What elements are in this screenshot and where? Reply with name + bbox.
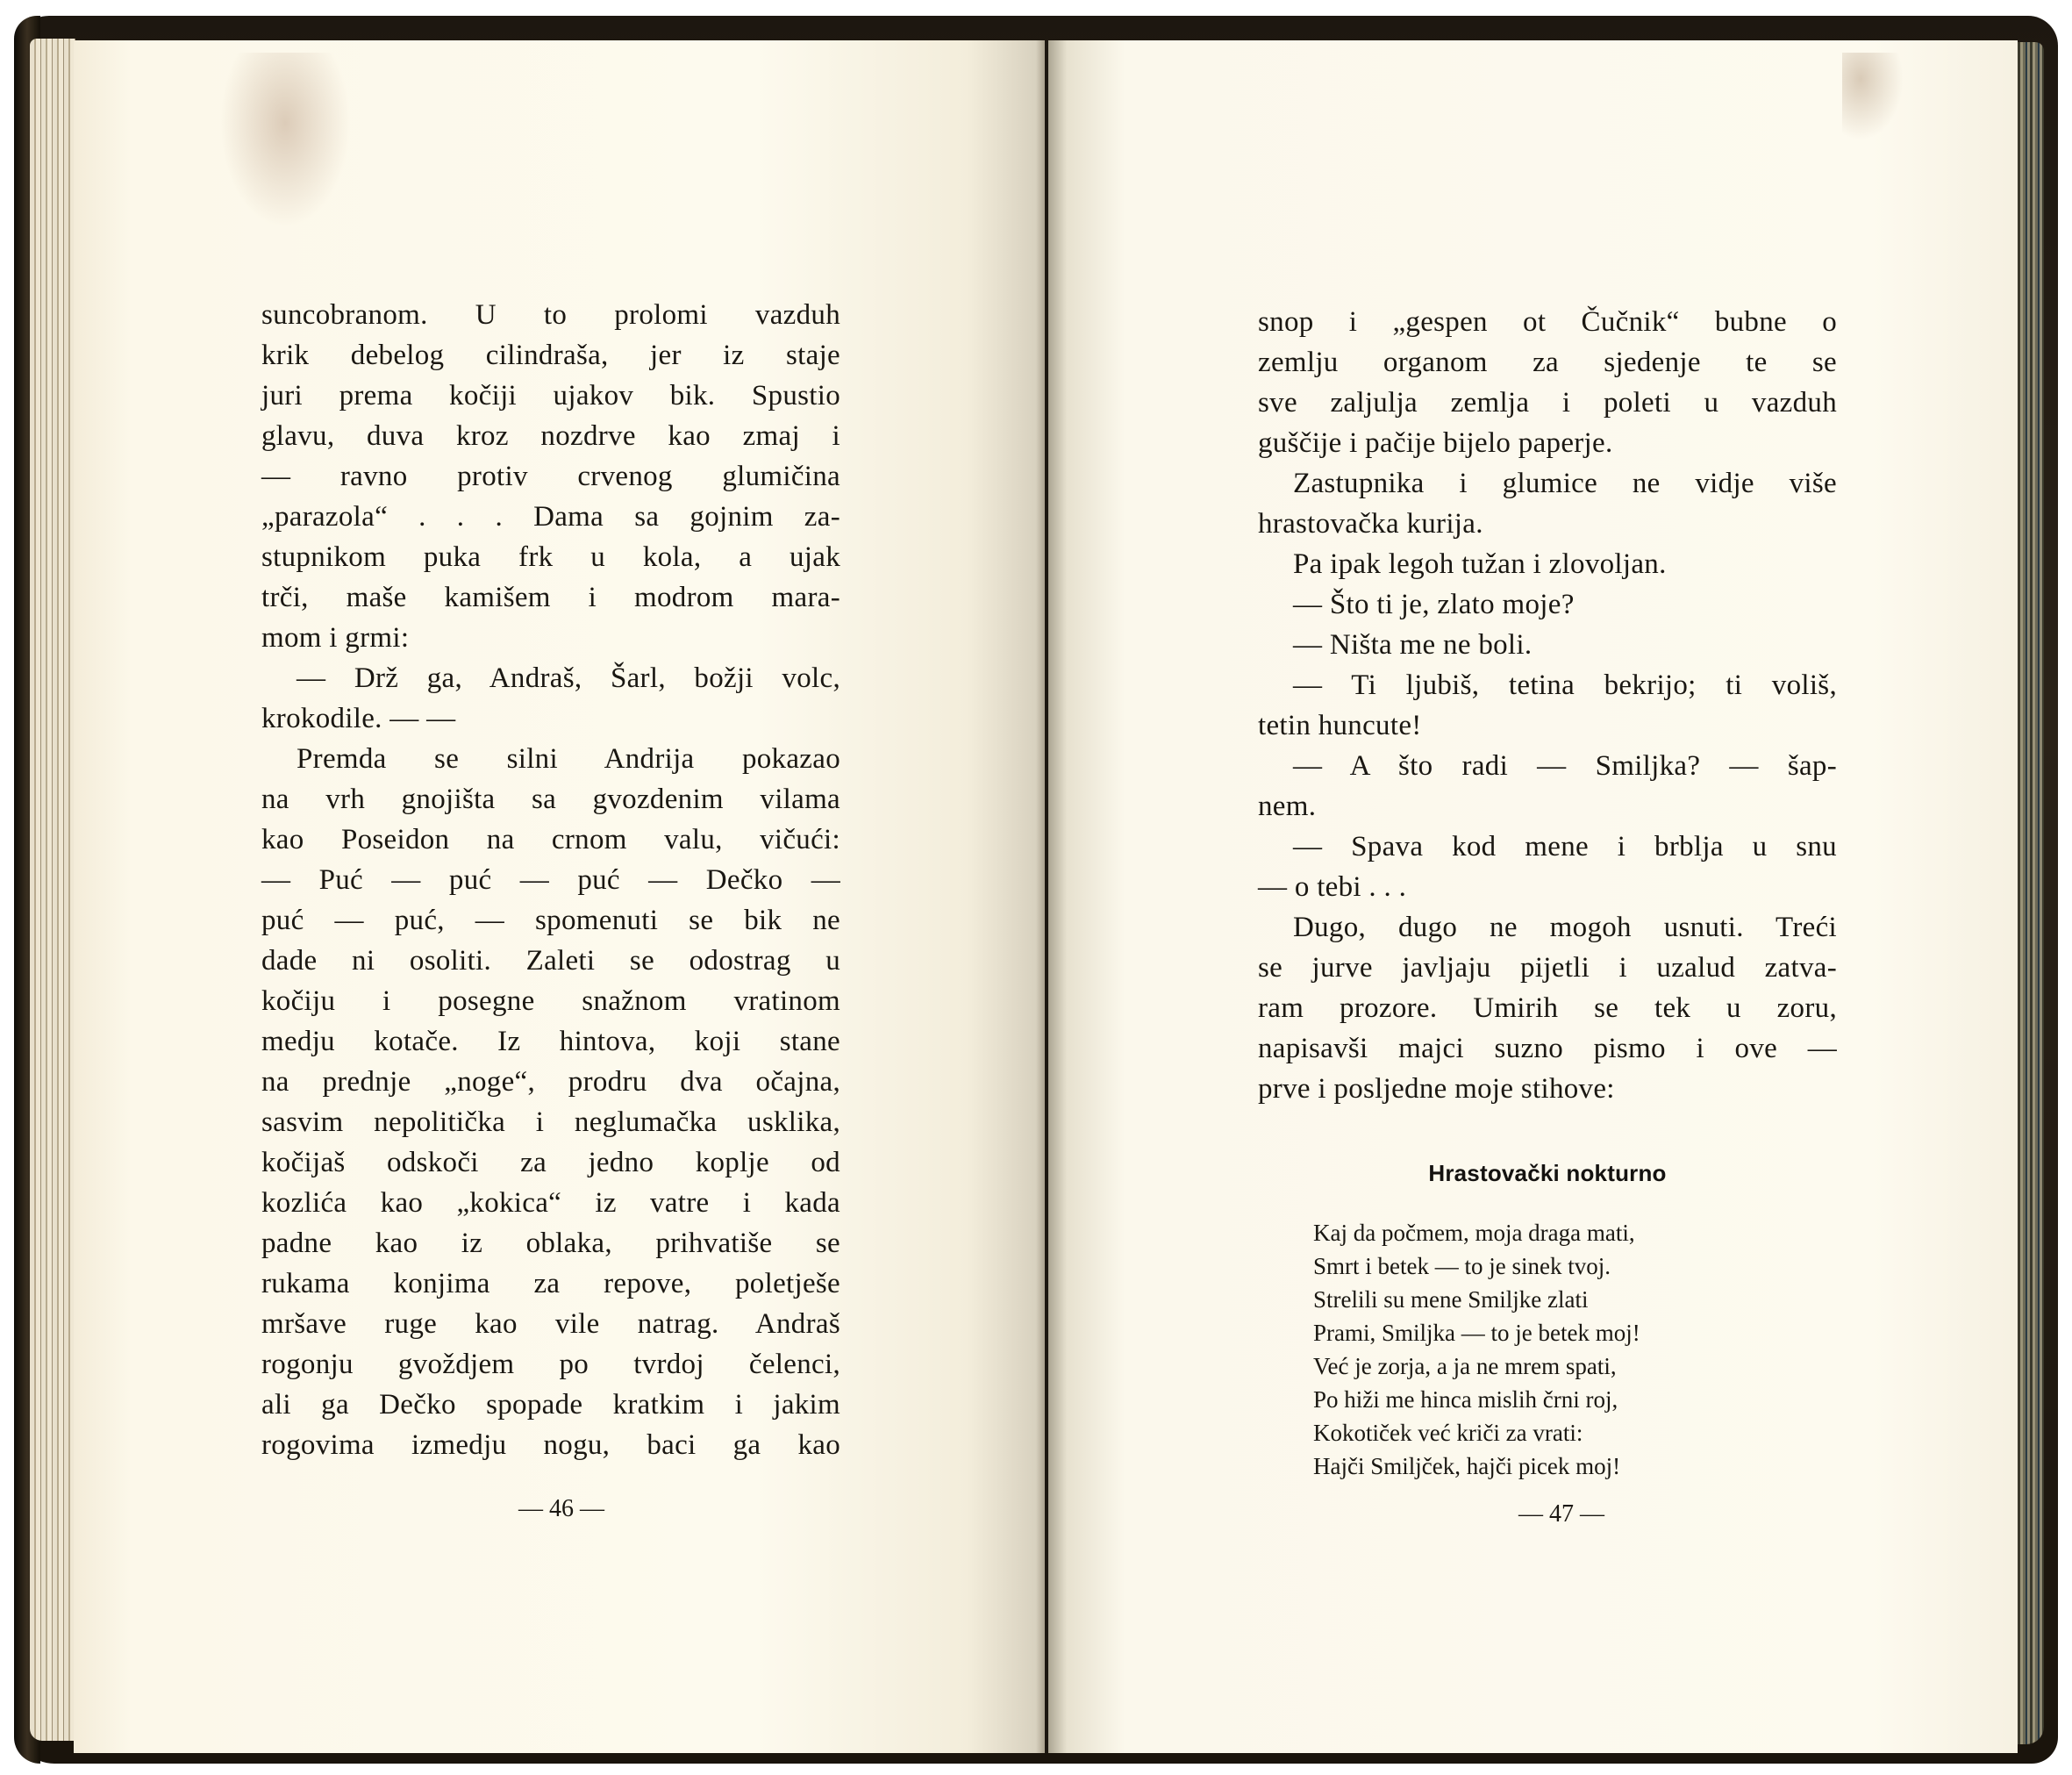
text-line: — Drž ga, Andraš, Šarl, božji volc, [261,658,840,698]
text-line: Pa ipak legoh tužan i zlovoljan. [1258,544,1837,584]
text-line: na vrh gnojišta sa gvozdenim vilama [261,779,840,820]
text-line: — ravno protiv crvenog glumičina [261,456,840,497]
text-line: kočiju i posegne snažnom vratinom [261,981,840,1021]
text-line: ram prozore. Umirih se tek u zoru, [1258,988,1837,1028]
text-line: kao Poseidon na crnom valu, vičući: [261,820,840,860]
page-number-left: — 46 — [474,1495,649,1523]
text-line: na prednje „noge“, prodru dva očajna, [261,1062,840,1102]
text-line: glavu, duva kroz nozdrve kao zmaj i [261,416,840,456]
text-line: snop i „gespen ot Čučnik“ bubne o [1258,302,1837,342]
text-line: mom i grmi: [261,618,840,658]
poem-verse: Kaj da počmem, moja draga mati, [1313,1216,1804,1249]
text-line: ali ga Dečko spopade kratkim i jakim [261,1385,840,1425]
text-line: rogonju gvoždjem po tvrdoj čelenci, [261,1344,840,1385]
paper-stain [219,53,351,228]
text-line: — Puć — puć — puć — Dečko — [261,860,840,900]
text-line: mršave ruge kao vile natrag. Andraš [261,1304,840,1344]
page-edges-left [30,39,75,1741]
text-line: nem. [1258,786,1837,827]
text-line: sasvim nepolitička i neglumačka usklika, [261,1102,840,1142]
book-gutter [1045,40,1048,1753]
text-line: — Ti ljubiš, tetina bekrijo; ti voliš, [1258,665,1837,705]
poem-verse: Kokotiček već kriči za vrati: [1313,1416,1804,1449]
text-line: „parazola“ . . . Dama sa gojnim za- [261,497,840,537]
poem-verse: Smrt i betek — to je sinek tvoj. [1313,1249,1804,1283]
text-line: se jurve javljaju pijetli i uzalud zatva… [1258,948,1837,988]
text-line: Zastupnika i glumice ne vidje više [1258,463,1837,504]
text-line: tetin huncute! [1258,705,1837,746]
text-line: medju kotače. Iz hintova, koji stane [261,1021,840,1062]
text-line: stupnikom puka frk u kola, a ujak [261,537,840,577]
text-line: krokodile. — — [261,698,840,739]
poem-verse: Strelili su mene Smiljke zlati [1313,1283,1804,1316]
page-edges-right [2018,42,2044,1744]
text-line: — Što ti je, zlato moje? [1258,584,1837,625]
text-line: prve i posljedne moje stihove: [1258,1069,1837,1109]
text-line: hrastovačka kurija. [1258,504,1837,544]
text-line: rukama konjima za repove, poletješe [261,1263,840,1304]
poem-verse: Hajči Smiljček, hajči picek moj! [1313,1449,1804,1483]
text-line: Premda se silni Andrija pokazao [261,739,840,779]
text-line: suncobranom. U to prolomi vazduh [261,295,840,335]
poem-verse: Već je zorja, a ja ne mrem spati, [1313,1349,1804,1383]
poem-verse: Prami, Smiljka — to je betek moj! [1313,1316,1804,1349]
text-line: napisavši majci suzno pismo i ove — [1258,1028,1837,1069]
text-line: krik debelog cilindraša, jer iz staje [261,335,840,376]
text-line: — A što radi — Smiljka? — šap- [1258,746,1837,786]
text-line: Dugo, dugo ne mogoh usnuti. Treći [1258,907,1837,948]
text-line: zemlju organom za sjedenje te se [1258,342,1837,383]
text-line: dade ni osoliti. Zaleti se odostrag u [261,941,840,981]
text-line: trči, maše kamišem i modrom mara- [261,577,840,618]
text-line: kočijaš odskoči za jedno koplje od [261,1142,840,1183]
text-line: padne kao iz oblaka, prihvatiše se [261,1223,840,1263]
text-line: rogovima izmedju nogu, baci ga kao [261,1425,840,1465]
text-line: guščije i pačije bijelo paperje. [1258,423,1837,463]
text-line: — o tebi . . . [1258,867,1837,907]
text-line: — Ništa me ne boli. [1258,625,1837,665]
text-line: puć — puć, — spomenuti se bik ne [261,900,840,941]
paper-stain [1842,53,1904,140]
right-page-text: snop i „gespen ot Čučnik“ bubne ozemlju … [1258,302,1837,1109]
text-line: — Spava kod mene i brblja u snu [1258,827,1837,867]
text-line: juri prema kočiji ujakov bik. Spustio [261,376,840,416]
text-line: kozlića kao „kokica“ iz vatre i kada [261,1183,840,1223]
poem-title: Hrastovački nokturno [1258,1160,1837,1187]
page-number-right: — 47 — [1474,1500,1649,1528]
poem-verses: Kaj da počmem, moja draga mati,Smrt i be… [1313,1216,1804,1483]
text-line: sve zaljulja zemlja i poleti u vazduh [1258,383,1837,423]
left-page-text: suncobranom. U to prolomi vazduhkrik deb… [261,295,840,1465]
poem-verse: Po hiži me hinca mislih črni roj, [1313,1383,1804,1416]
